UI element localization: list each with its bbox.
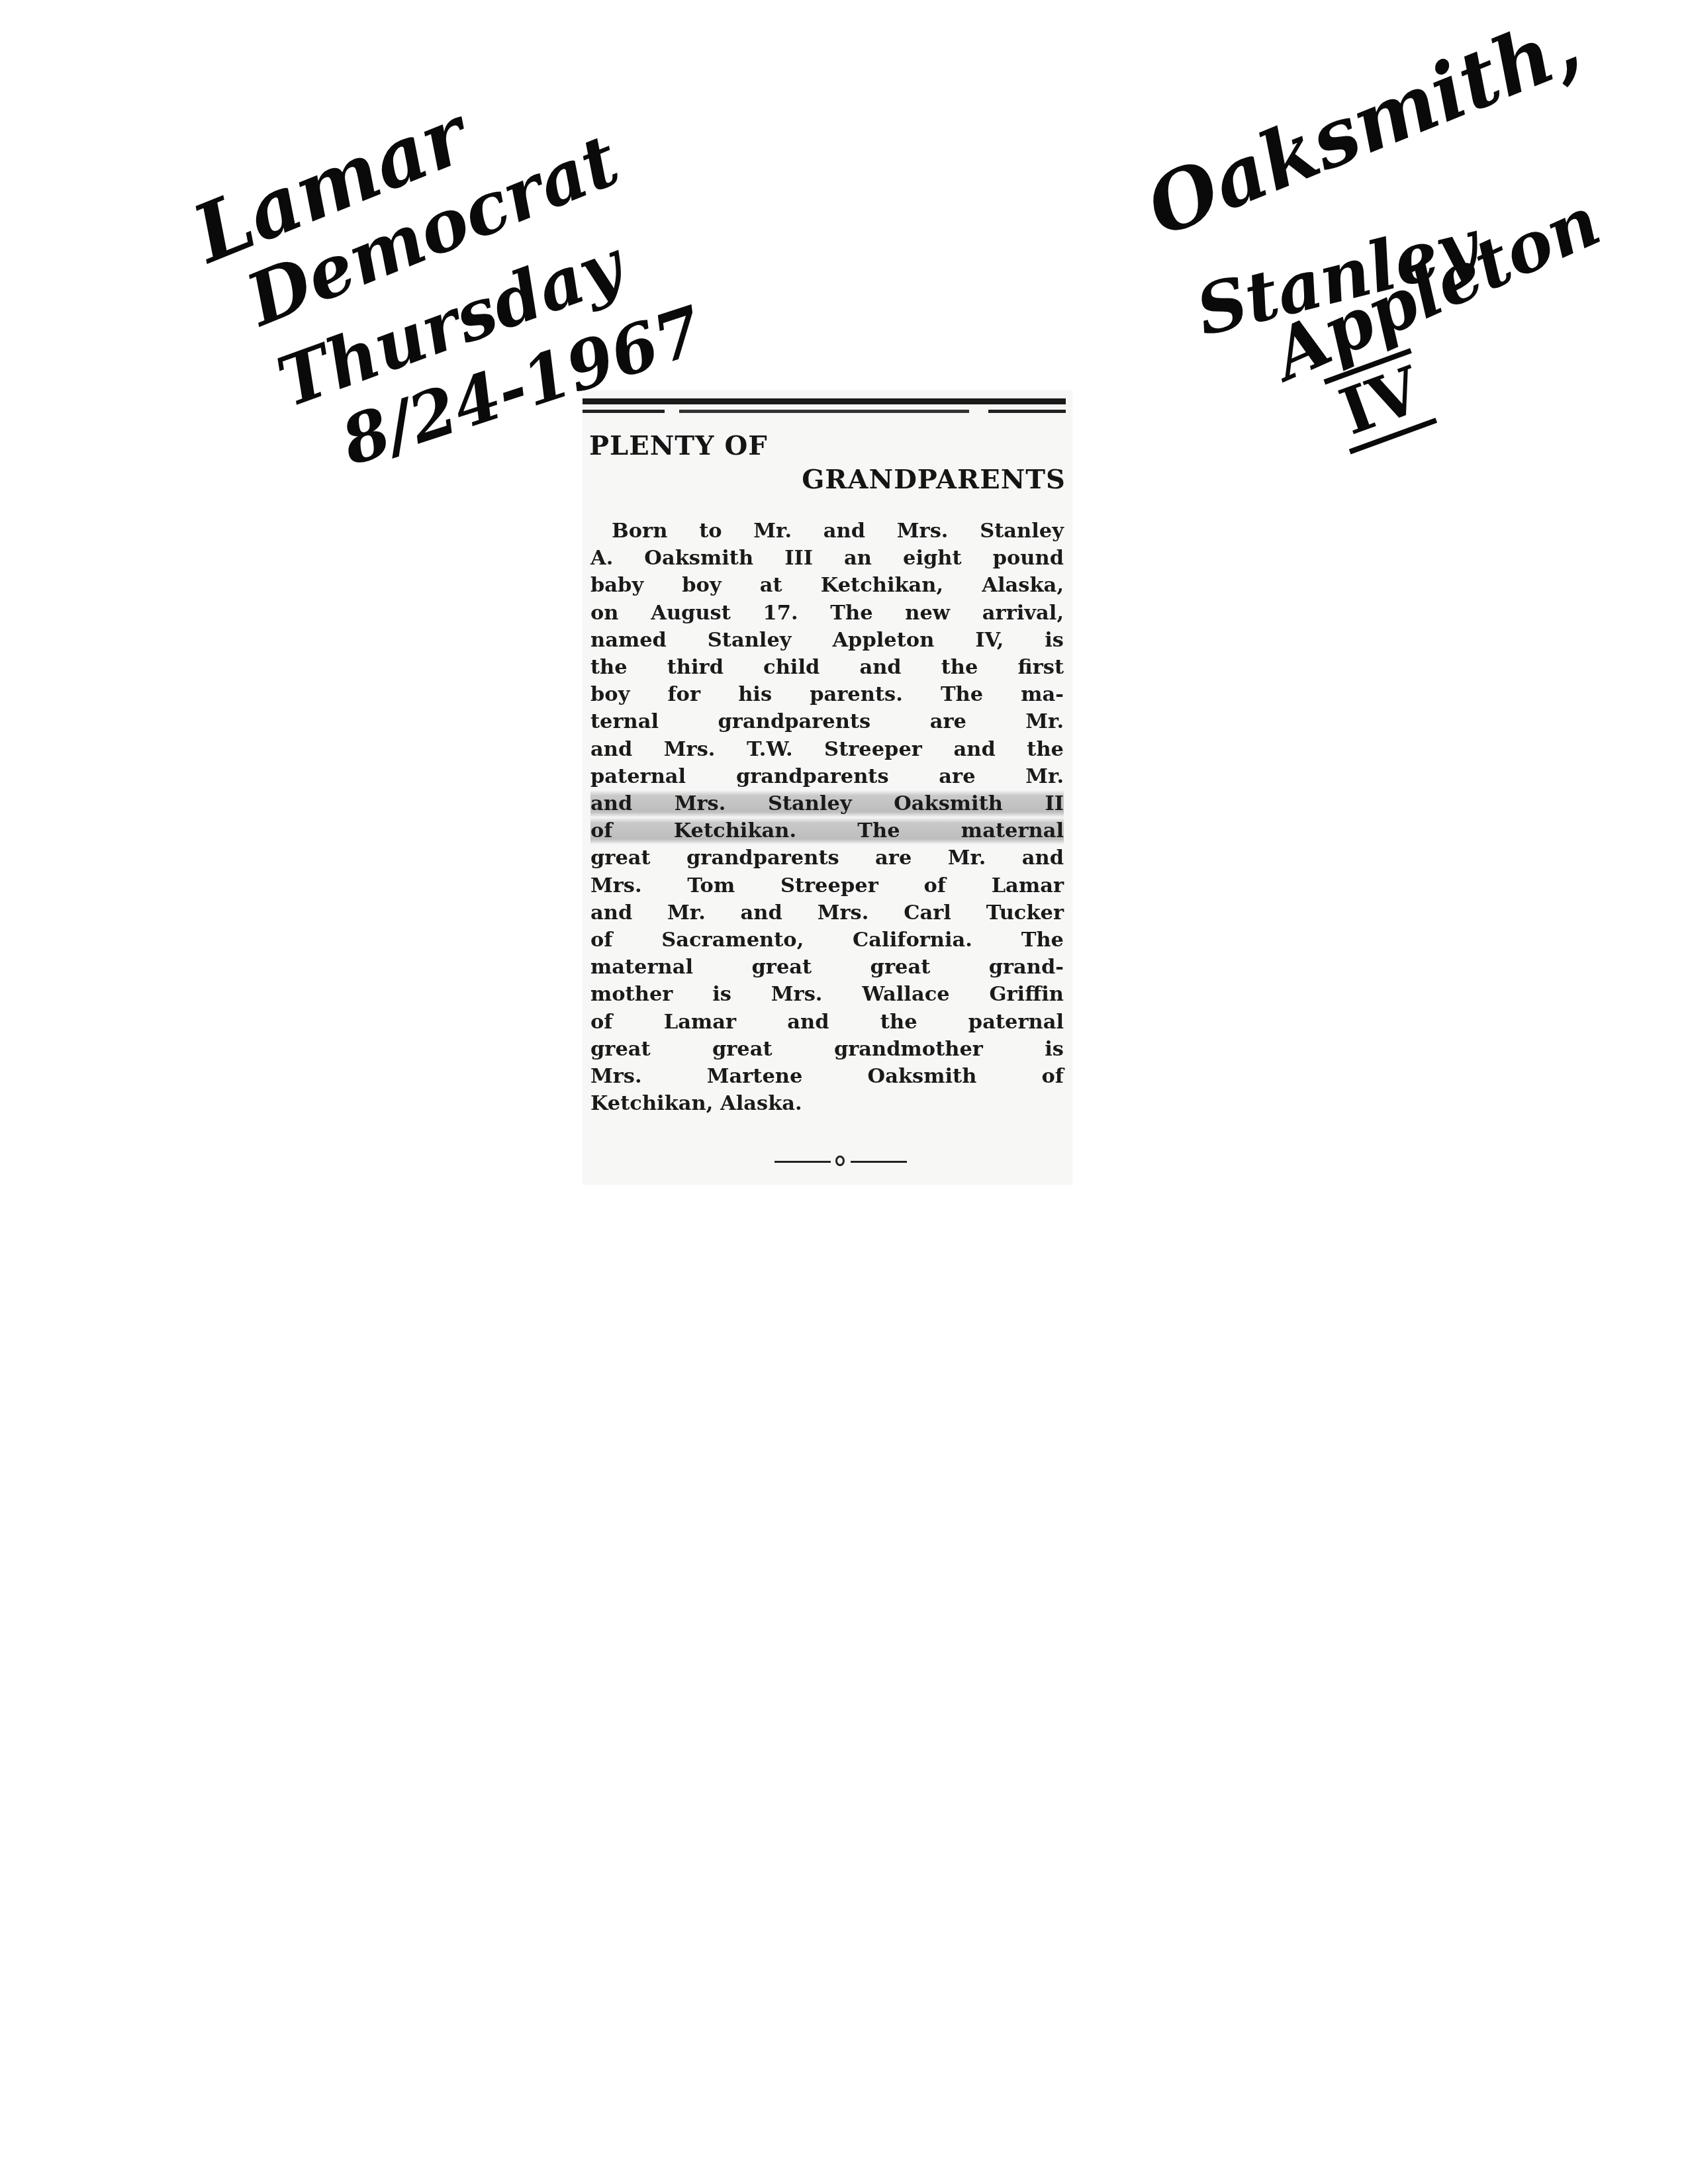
article-body-line: the third child and the first	[590, 654, 1064, 681]
article-headline: PLENTY OF GRANDPARENTS	[589, 430, 1066, 495]
article-body-line: great great grandmother is	[590, 1036, 1064, 1063]
article-body-line: of Ketchikan. The maternal	[590, 817, 1064, 844]
headline-line-1: PLENTY OF	[589, 430, 1066, 461]
newspaper-clipping: PLENTY OF GRANDPARENTS Born to Mr. and M…	[583, 390, 1072, 1185]
article-body-line: Mrs. Martene Oaksmith of	[590, 1063, 1064, 1090]
article-body-line: great grandparents are Mr. and	[590, 844, 1064, 872]
article-body-line: ternal grandparents are Mr.	[590, 708, 1064, 735]
article-body-line: A. Oaksmith III an eight pound	[590, 545, 1064, 572]
article-body-line: boy for his parents. The ma-	[590, 681, 1064, 708]
article-body-line: named Stanley Appleton IV, is	[590, 627, 1064, 654]
article-body-line: baby boy at Ketchikan, Alaska,	[590, 572, 1064, 599]
article-body-line: and Mrs. Stanley Oaksmith II	[590, 790, 1064, 817]
article-body-line: Ketchikan, Alaska.	[590, 1090, 1064, 1117]
article-body: Born to Mr. and Mrs. StanleyA. Oaksmith …	[590, 518, 1064, 1117]
article-body-line: of Sacramento, California. The	[590, 927, 1064, 954]
article-body-line: paternal grandparents are Mr.	[590, 763, 1064, 790]
header-rule-divider	[583, 398, 1066, 413]
article-body-line: on August 17. The new arrival,	[590, 600, 1064, 627]
article-body-line: mother is Mrs. Wallace Griffin	[590, 981, 1064, 1008]
end-of-article-mark	[774, 1155, 907, 1168]
article-body-line: maternal great great grand-	[590, 954, 1064, 981]
article-body-line: of Lamar and the paternal	[590, 1009, 1064, 1036]
article-body-line: Mrs. Tom Streeper of Lamar	[590, 872, 1064, 899]
article-body-line: Born to Mr. and Mrs. Stanley	[590, 518, 1064, 545]
article-body-line: and Mrs. T.W. Streeper and the	[590, 736, 1064, 763]
article-body-line: and Mr. and Mrs. Carl Tucker	[590, 899, 1064, 927]
headline-line-2: GRANDPARENTS	[589, 464, 1066, 495]
